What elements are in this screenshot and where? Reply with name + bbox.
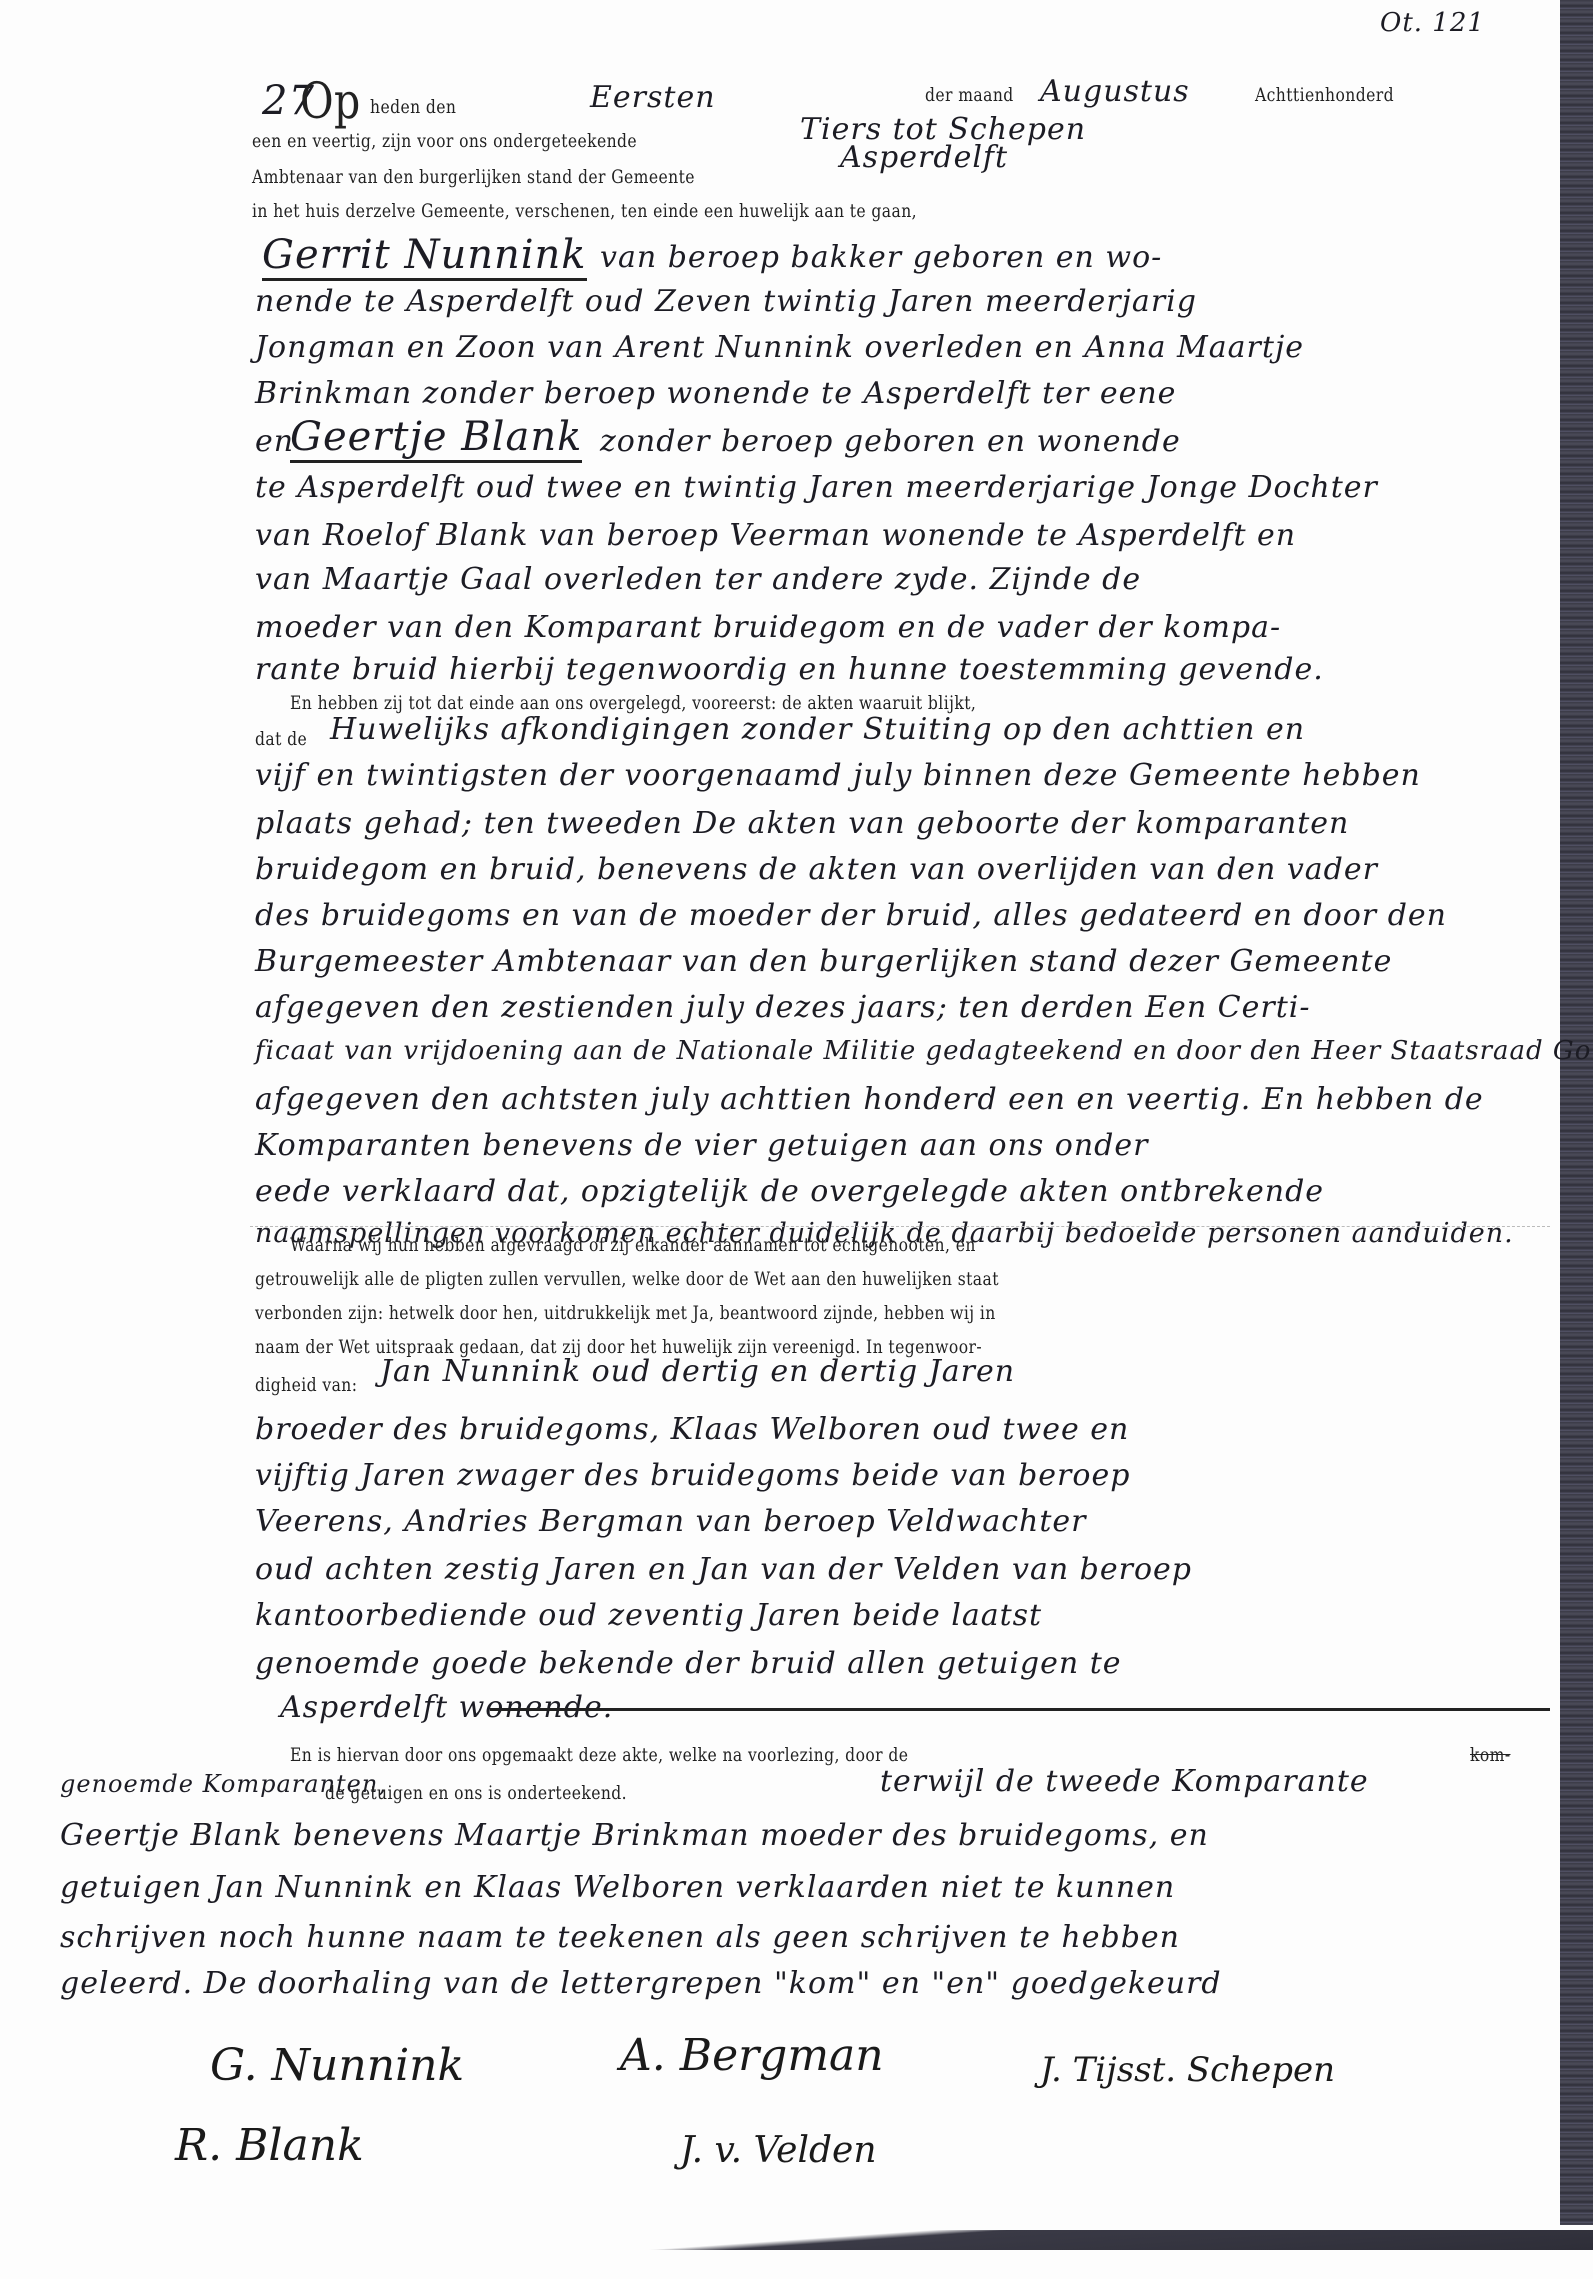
municipality-handwritten: Asperdelft xyxy=(840,140,1008,175)
documents-line: bruidegom en bruid, benevens de akten va… xyxy=(255,852,1378,887)
signature-groom: G. Nunnink xyxy=(210,2040,464,2091)
closing-hand-line: Geertje Blank benevens Maartje Brinkman … xyxy=(60,1818,1209,1853)
witness-line: genoemde goede bekende der bruid allen g… xyxy=(255,1646,1122,1681)
bride-prefix: en xyxy=(255,424,294,459)
documents-line: ficaat van vrijdoening aan de Nationale … xyxy=(255,1036,1593,1066)
day-handwritten: Eersten xyxy=(590,80,716,115)
documents-line: Huwelijks afkondigingen zonder Stuiting … xyxy=(330,712,1305,747)
heden-den-label: heden den xyxy=(370,96,456,118)
signature-witness-bergman: A. Bergman xyxy=(620,2030,884,2081)
documents-line: Burgemeester Ambtenaar van den burgerlij… xyxy=(255,944,1392,979)
groom-name: Gerrit Nunnink xyxy=(262,232,587,281)
groom-line: Brinkman zonder beroep wonende te Asperd… xyxy=(255,376,1176,411)
ceremony-line: getrouwelijk alle de pligten zullen verv… xyxy=(255,1268,999,1290)
witness-line: vijftig Jaren zwager des bruidegoms beid… xyxy=(255,1458,1130,1493)
bride-line: te Asperdelft oud twee en twintig Jaren … xyxy=(255,470,1378,505)
ceremony-line: Waarna wij hun hebben afgevraagd of zij … xyxy=(290,1234,976,1256)
witness-line: oud achten zestig Jaren en Jan van der V… xyxy=(255,1552,1192,1587)
section-divider xyxy=(250,1226,1550,1227)
documents-line: afgegeven den zestienden july dezes jaar… xyxy=(255,990,1311,1025)
page-reference: Ot. 121 xyxy=(1380,8,1485,38)
struck-text: kom- xyxy=(1470,1744,1511,1766)
closing-line: En is hiervan door ons opgemaakt deze ak… xyxy=(290,1744,908,1766)
der-maand-label: der maand xyxy=(925,84,1014,106)
closing-hand-line: geleerd. De doorhaling van de lettergrep… xyxy=(60,1966,1222,2001)
bride-line: rante bruid hierbij tegenwoordig en hunn… xyxy=(255,652,1324,687)
signature-father-bride: R. Blank xyxy=(175,2120,364,2171)
scan-edge-right xyxy=(1560,0,1593,2225)
bride-line: van Maartje Gaal overleden ter andere zy… xyxy=(255,562,1141,597)
witness-line: kantoorbediende oud zeventig Jaren beide… xyxy=(255,1598,1042,1633)
documents-line: eede verklaard dat, opzigtelijk de overg… xyxy=(255,1174,1324,1209)
document-page: Ot. 121 27 Op heden den Eersten der maan… xyxy=(0,0,1593,2279)
bride-line: zonder beroep geboren en wonende xyxy=(600,424,1181,459)
documents-line: afgegeven den achtsten july achttien hon… xyxy=(255,1082,1484,1117)
ceremony-line: verbonden zijn: hetwelk door hen, uitdru… xyxy=(255,1302,996,1324)
header-line4: in het huis derzelve Gemeente, verschene… xyxy=(252,200,917,222)
signature-official: J. Tijsst. Schepen xyxy=(1040,2050,1335,2090)
signature-witness-velden: J. v. Velden xyxy=(680,2130,877,2171)
documents-line: Komparanten benevens de vier getuigen aa… xyxy=(255,1128,1148,1163)
groom-line: nende te Asperdelft oud Zeven twintig Ja… xyxy=(255,284,1197,319)
documents-line: plaats gehad; ten tweeden De akten van g… xyxy=(255,806,1349,841)
witness-line: Veerens, Andries Bergman van beroep Veld… xyxy=(255,1504,1087,1539)
groom-line: Jongman en Zoon van Arent Nunnink overle… xyxy=(255,330,1304,365)
witness-line: Jan Nunnink oud dertig en dertig Jaren xyxy=(380,1354,1015,1389)
bride-line: van Roelof Blank van beroep Veerman wone… xyxy=(255,518,1296,553)
digheid-van-label: digheid van: xyxy=(255,1374,357,1396)
scan-edge-bottom xyxy=(300,2230,1593,2250)
closing-hand-line: schrijven noch hunne naam te teekenen al… xyxy=(60,1920,1180,1955)
closing-hand-line: terwijl de tweede Komparante xyxy=(880,1764,1369,1799)
groom-line: van beroep bakker geboren en wo- xyxy=(600,240,1162,275)
fill-line xyxy=(490,1708,1550,1711)
achttienhonderd-label: Achttienhonderd xyxy=(1255,84,1394,106)
header-line3: Ambtenaar van den burgerlijken stand der… xyxy=(252,166,695,188)
bride-line: moeder van den Komparant bruidegom en de… xyxy=(255,610,1281,645)
closing-line: de getuigen en ons is onderteekend. xyxy=(325,1782,627,1804)
closing-hand-line: getuigen Jan Nunnink en Klaas Welboren v… xyxy=(60,1870,1175,1905)
documents-intro: En hebben zij tot dat einde aan ons over… xyxy=(290,692,976,714)
documents-line: des bruidegoms en van de moeder der brui… xyxy=(255,898,1447,933)
dat-de-label: dat de xyxy=(255,728,307,750)
month-handwritten: Augustus xyxy=(1040,74,1190,109)
op-initial: Op xyxy=(300,72,361,130)
witness-line: broeder des bruidegoms, Klaas Welboren o… xyxy=(255,1412,1129,1447)
documents-line: vijf en twintigsten der voorgenaamd july… xyxy=(255,758,1421,793)
bride-name: Geertje Blank xyxy=(290,414,582,463)
header-line2: een en veertig, zijn voor ons ondergetee… xyxy=(252,130,637,152)
